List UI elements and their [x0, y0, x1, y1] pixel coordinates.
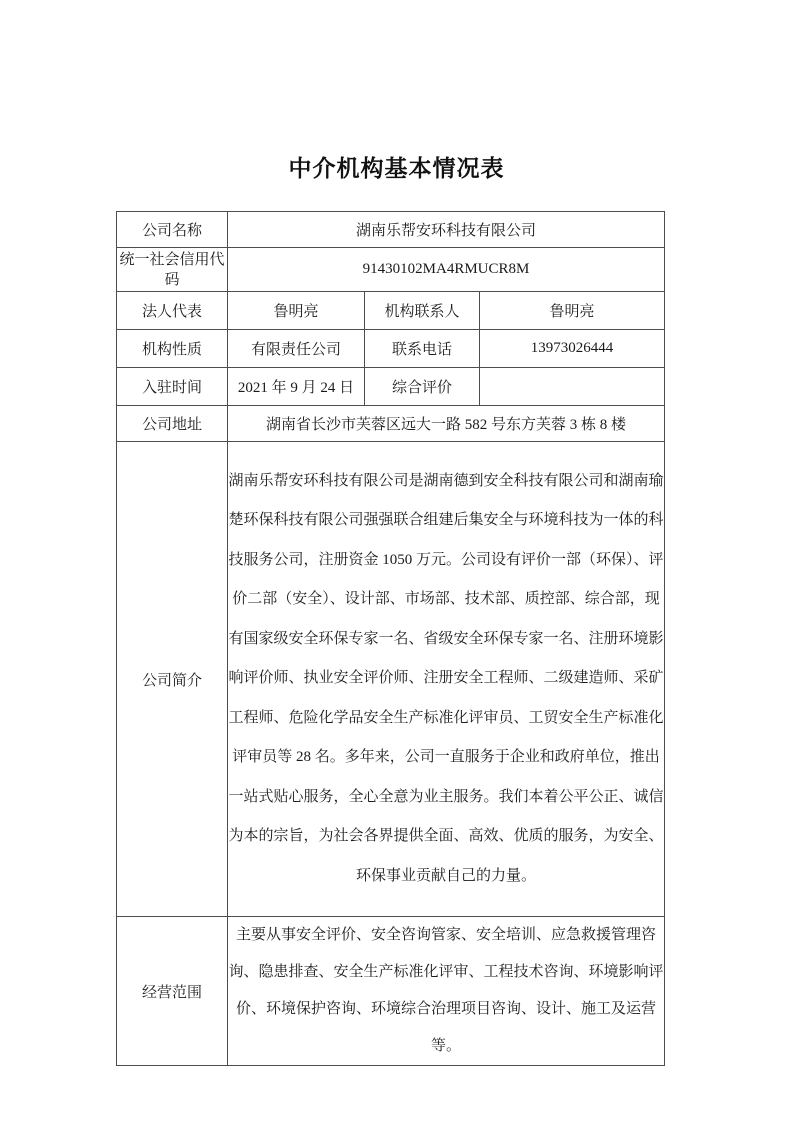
company-name-row: 公司名称 湖南乐帮安环科技有限公司: [117, 212, 665, 248]
evaluation-label: 综合评价: [365, 368, 480, 406]
legal-rep-label: 法人代表: [117, 292, 228, 330]
entry-date-label: 入驻时间: [117, 368, 228, 406]
address-value: 湖南省长沙市芙蓉区远大一路 582 号东方芙蓉 3 栋 8 楼: [228, 406, 665, 442]
legal-rep-value: 鲁明亮: [228, 292, 365, 330]
org-nature-label: 机构性质: [117, 330, 228, 368]
scope-label: 经营范围: [117, 917, 228, 1066]
contact-person-value: 鲁明亮: [480, 292, 665, 330]
scope-row: 经营范围 主要从事安全评价、安全咨询管家、安全培训、应急救援管理咨询、隐患排查、…: [117, 917, 665, 1066]
profile-row: 公司简介 湖南乐帮安环科技有限公司是湖南德到安全科技有限公司和湖南瑜楚环保科技有…: [117, 442, 665, 917]
address-label: 公司地址: [117, 406, 228, 442]
contact-person-label: 机构联系人: [365, 292, 480, 330]
legal-rep-row: 法人代表 鲁明亮 机构联系人 鲁明亮: [117, 292, 665, 330]
entry-date-value: 2021 年 9 月 24 日: [228, 368, 365, 406]
entry-date-row: 入驻时间 2021 年 9 月 24 日 综合评价: [117, 368, 665, 406]
company-name-label: 公司名称: [117, 212, 228, 248]
address-row: 公司地址 湖南省长沙市芙蓉区远大一路 582 号东方芙蓉 3 栋 8 楼: [117, 406, 665, 442]
agency-info-table: 公司名称 湖南乐帮安环科技有限公司 统一社会信用代码 91430102MA4RM…: [116, 211, 665, 1066]
org-nature-row: 机构性质 有限责任公司 联系电话 13973026444: [117, 330, 665, 368]
phone-label: 联系电话: [365, 330, 480, 368]
credit-code-value: 91430102MA4RMUCR8M: [228, 248, 665, 292]
profile-value: 湖南乐帮安环科技有限公司是湖南德到安全科技有限公司和湖南瑜楚环保科技有限公司强强…: [228, 442, 665, 917]
document-page: 中介机构基本情况表 公司名称 湖南乐帮安环科技有限公司 统一社会信用代码 914…: [0, 0, 793, 1122]
document-title: 中介机构基本情况表: [0, 150, 793, 183]
credit-code-row: 统一社会信用代码 91430102MA4RMUCR8M: [117, 248, 665, 292]
org-nature-value: 有限责任公司: [228, 330, 365, 368]
phone-value: 13973026444: [480, 330, 665, 368]
profile-label: 公司简介: [117, 442, 228, 917]
scope-value: 主要从事安全评价、安全咨询管家、安全培训、应急救援管理咨询、隐患排查、安全生产标…: [228, 917, 665, 1066]
credit-code-label: 统一社会信用代码: [117, 248, 228, 292]
company-name-value: 湖南乐帮安环科技有限公司: [228, 212, 665, 248]
evaluation-value: [480, 368, 665, 406]
